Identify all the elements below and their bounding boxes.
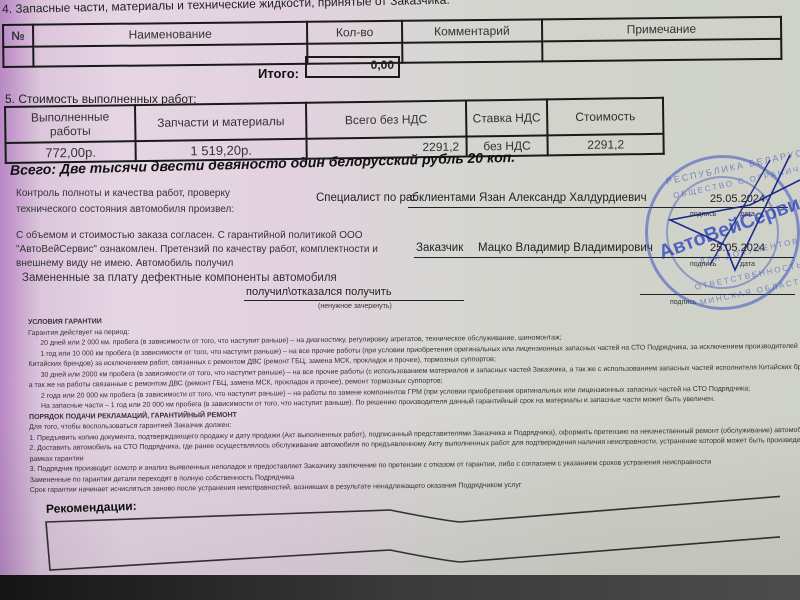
warranty-block: УСЛОВИЯ ГАРАНТИИ Гарантия действует на п… xyxy=(28,310,800,497)
replaced-value: получил\отказался получить xyxy=(246,286,392,298)
customer-label: Заказчик xyxy=(416,242,463,254)
specialist-name: с клиентами Язан Александр Халдурдиевич xyxy=(410,192,647,204)
section-4-title: 4. Запасные части, материалы и техническ… xyxy=(2,0,450,16)
signature-icon xyxy=(640,150,800,310)
background-surface xyxy=(0,575,800,600)
col-note: Примечание xyxy=(542,17,782,42)
col-parts: Запчасти и материалы xyxy=(135,103,307,141)
document-page: 4. Запасные части, материалы и техническ… xyxy=(0,0,800,588)
customer-name: Мацко Владимир Владимирович xyxy=(478,242,653,254)
col-cost: Стоимость xyxy=(547,98,663,136)
parts-total-label: Итого: xyxy=(258,66,299,81)
specialist-label: Специалист по раб. xyxy=(316,192,422,204)
col-works: Выполненные работы xyxy=(5,105,135,143)
replaced-hint: (ненужное зачеркнуть) xyxy=(318,302,392,313)
cell-comment xyxy=(402,41,542,62)
agreement-line-2: "АвтоВейСервис" ознакомлен. Претензий по… xyxy=(16,244,378,255)
agreement-line-1: С объемом и стоимостью заказа согласен. … xyxy=(16,230,363,241)
cell-name xyxy=(33,44,307,67)
replaced-line xyxy=(244,300,464,301)
replaced-label: Замененные за плату дефектные компоненты… xyxy=(22,272,337,284)
cell-number xyxy=(3,47,33,67)
col-qty: Кол-во xyxy=(307,21,402,44)
col-vat-rate: Ставка НДС xyxy=(466,99,548,136)
control-text-1: Контроль полноты и качества работ, прове… xyxy=(16,188,230,199)
control-text-2: технического состояния автомобиля произв… xyxy=(16,204,234,215)
recommendations-value xyxy=(60,525,740,555)
col-name: Наименование xyxy=(33,22,307,47)
col-comment: Комментарий xyxy=(402,19,542,42)
cell-note xyxy=(542,39,782,62)
parts-total-value: 0,00 xyxy=(305,56,400,78)
agreement-line-3: внешнему виду не имею. Автомобиль получи… xyxy=(16,258,233,269)
col-total-no-vat: Всего без НДС xyxy=(306,101,466,139)
col-number: № xyxy=(3,25,33,47)
